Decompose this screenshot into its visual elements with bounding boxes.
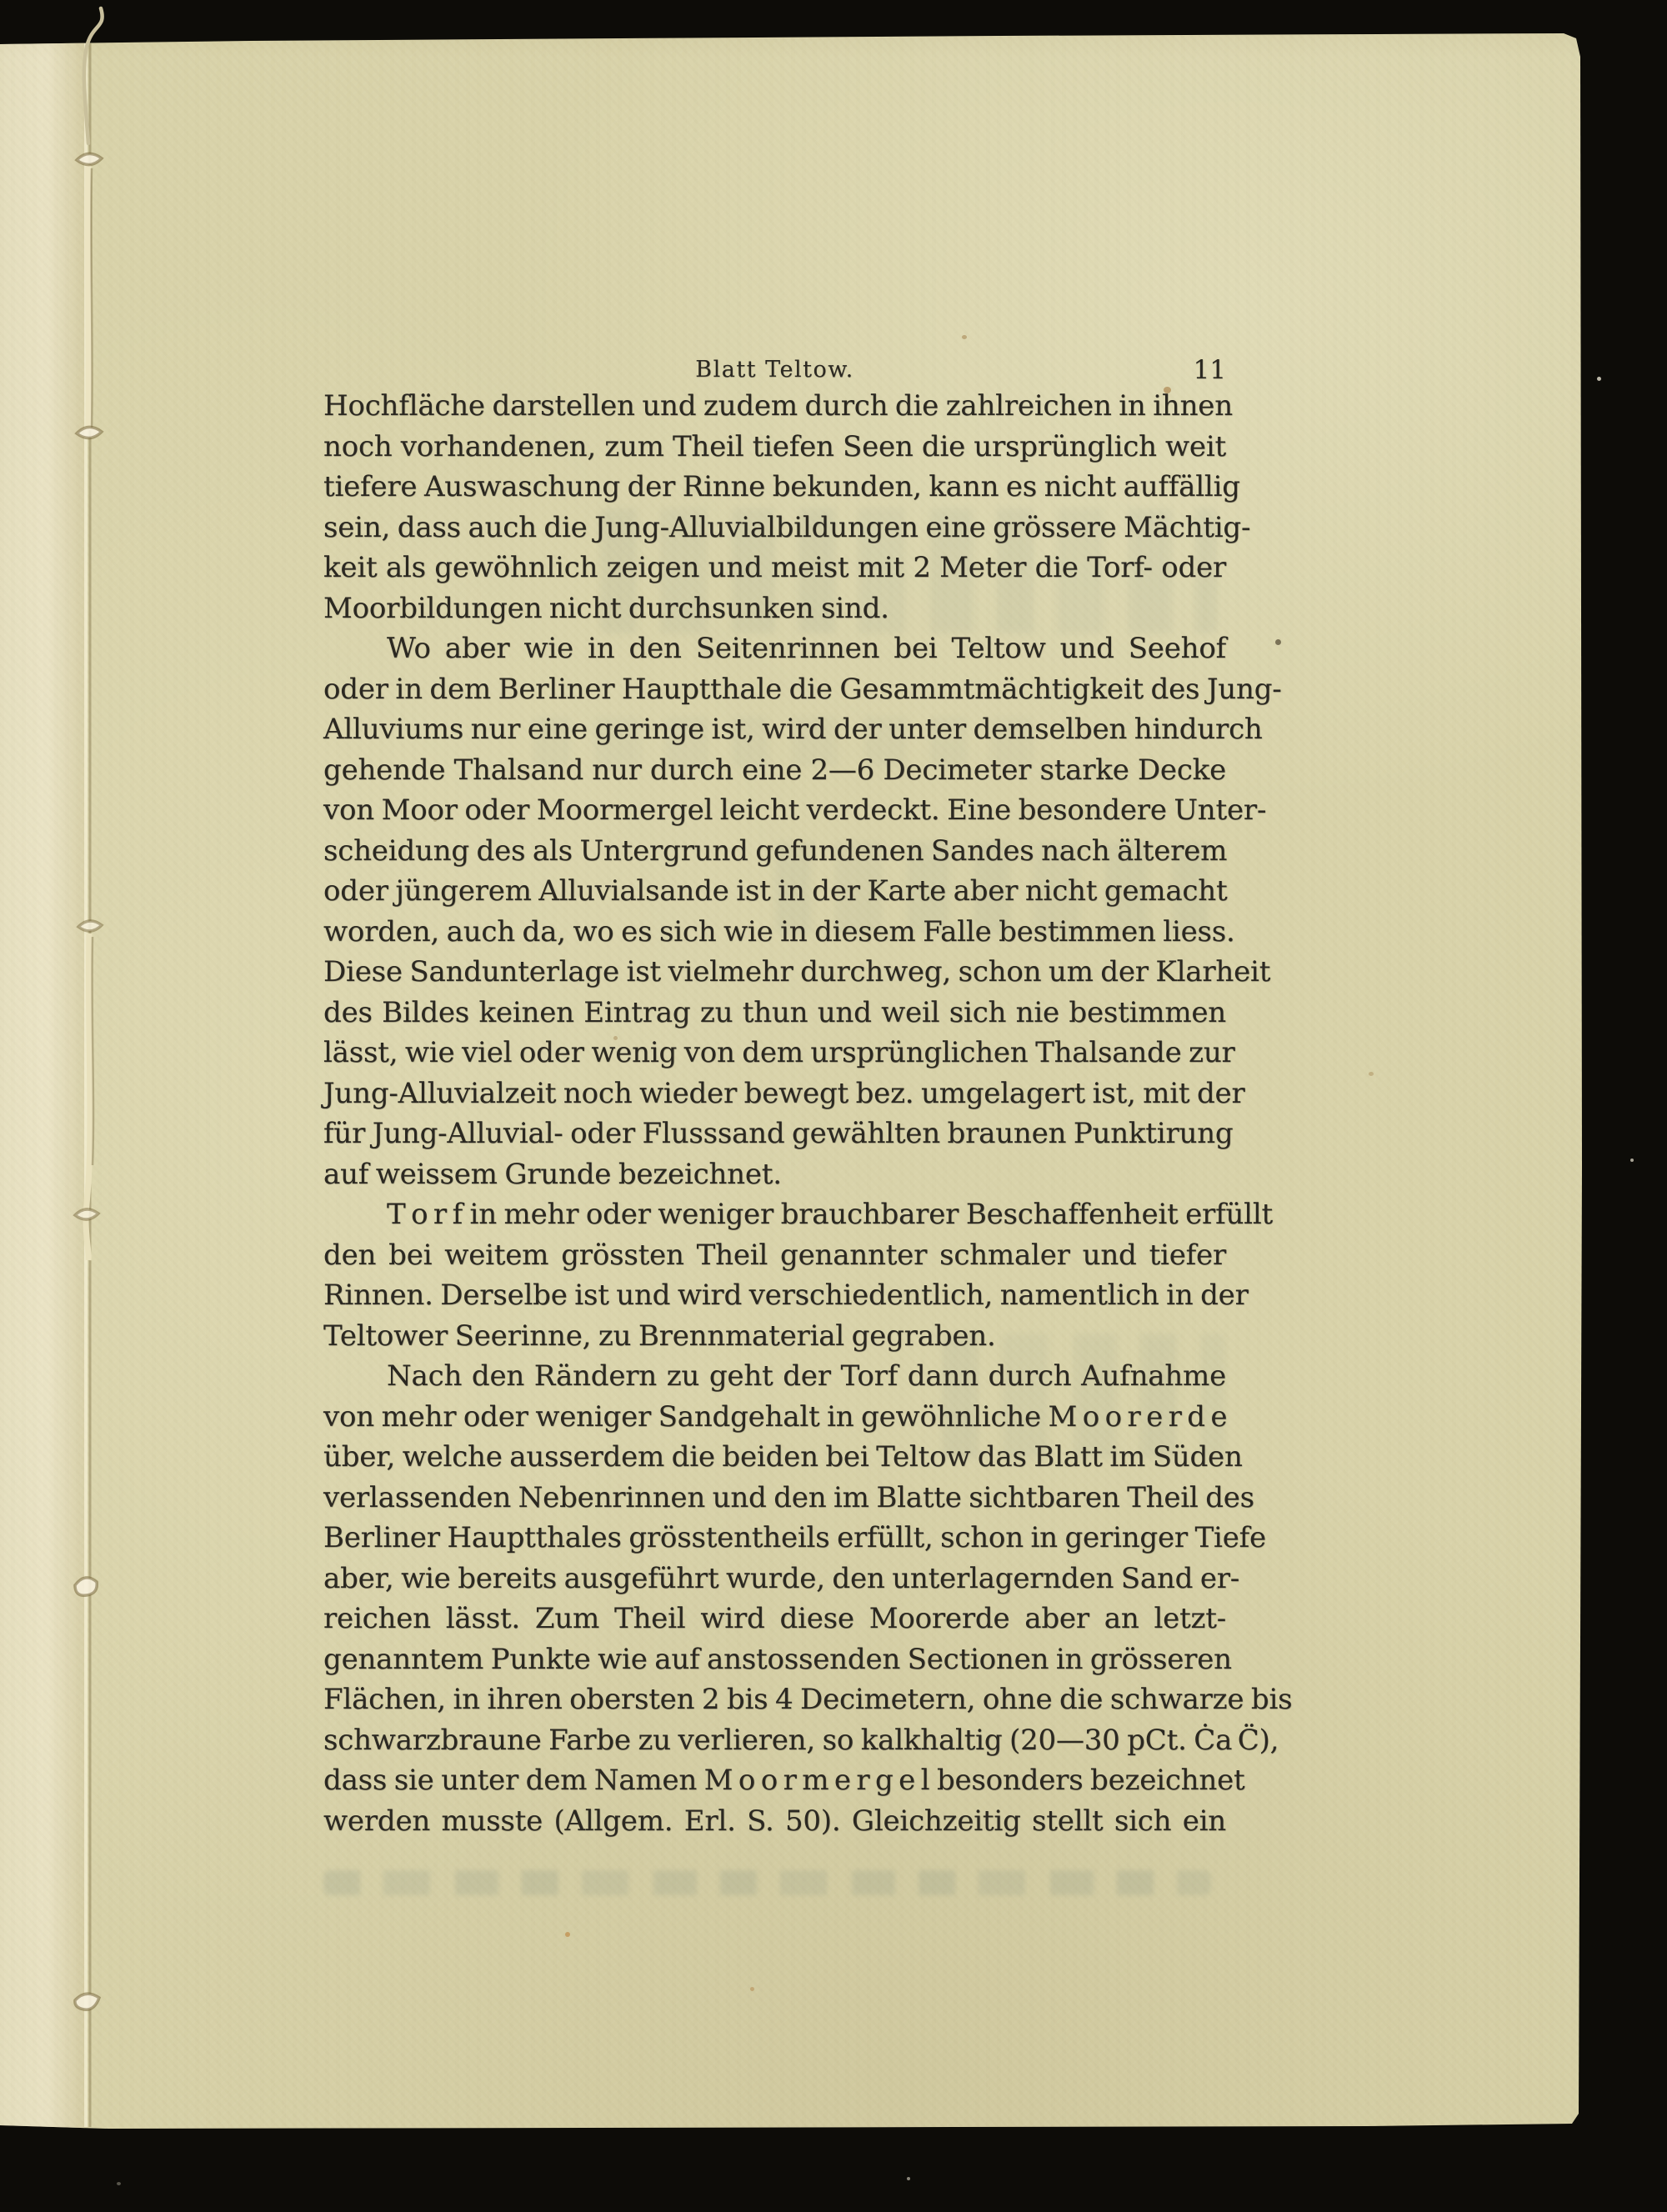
text-line: dass sie unter dem Namen M o o r m e r g…: [323, 1760, 1226, 1801]
page-header: Blatt Teltow. 11: [323, 353, 1226, 388]
text-line: den bei weitem grössten Theil genannter …: [323, 1235, 1226, 1276]
text-line: Rinnen. Derselbe ist und wird verschiede…: [323, 1275, 1226, 1316]
text-line: Wo aber wie in den Seitenrinnen bei Telt…: [323, 628, 1226, 669]
page-number: 11: [1194, 353, 1226, 387]
dust-speck: [1630, 1159, 1634, 1162]
text-line: des Bildes keinen Eintrag zu thun und we…: [323, 993, 1226, 1033]
text-line: Nach den Rändern zu geht der Torf dann d…: [323, 1356, 1226, 1397]
text-line: oder jüngerem Alluvialsande ist in der K…: [323, 871, 1226, 912]
text-line: auf weissem Grunde bezeichnet.: [323, 1154, 1226, 1195]
text-line: tiefere Auswaschung der Rinne bekunden, …: [323, 467, 1226, 508]
text-line: über, welche ausserdem die beiden bei Te…: [323, 1437, 1226, 1478]
text-line: von mehr oder weniger Sandgehalt in gewö…: [323, 1397, 1226, 1438]
paper-speck: [565, 1932, 570, 1937]
paper-speck: [1369, 1072, 1374, 1076]
text-line: genanntem Punkte wie auf anstossenden Se…: [323, 1639, 1226, 1680]
text-line: Jung-Alluvialzeit noch wieder bewegt bez…: [323, 1073, 1226, 1114]
text-line: Hochfläche darstellen und zudem durch di…: [323, 386, 1226, 427]
text-line: Alluviums nur eine geringe ist, wird der…: [323, 709, 1226, 750]
text-line: scheidung des als Untergrund gefundenen …: [323, 831, 1226, 872]
text-line: worden, auch da, wo es sich wie in diese…: [323, 912, 1226, 953]
text-line: Diese Sandunterlage ist vielmehr durchwe…: [323, 952, 1226, 993]
dust-speck: [907, 2177, 910, 2180]
ghost-text-patch: [323, 1870, 1211, 1895]
body-text: Hochfläche darstellen und zudem durch di…: [323, 386, 1226, 1841]
text-line: werden musste (Allgem. Erl. S. 50). Glei…: [323, 1801, 1226, 1842]
text-line: reichen lässt. Zum Theil wird diese Moor…: [323, 1599, 1226, 1639]
text-line: gehende Thalsand nur durch eine 2—6 Deci…: [323, 750, 1226, 791]
text-line: verlassenden Nebenrinnen und den im Blat…: [323, 1478, 1226, 1519]
text-line: oder in dem Berliner Hauptthale die Gesa…: [323, 669, 1226, 710]
spine-leaf: [0, 0, 85, 2212]
text-line: aber, wie bereits ausgeführt wurde, den …: [323, 1559, 1226, 1599]
text-line: Flächen, in ihren obersten 2 bis 4 Decim…: [323, 1679, 1226, 1720]
running-title: Blatt Teltow.: [323, 353, 1226, 387]
text-line: keit als gewöhnlich zeigen und meist mit…: [323, 548, 1226, 588]
dust-speck: [117, 2182, 121, 2185]
dust-speck: [1597, 377, 1601, 381]
text-line: für Jung-Alluvial- oder Flusssand gewähl…: [323, 1114, 1226, 1154]
text-line: Berliner Hauptthales grösstentheils erfü…: [323, 1518, 1226, 1559]
paper-speck: [962, 335, 967, 339]
text-line: noch vorhandenen, zum Theil tiefen Seen …: [323, 427, 1226, 468]
text-line: schwarzbraune Farbe zu verlieren, so kal…: [323, 1720, 1226, 1761]
text-line: lässt, wie viel oder wenig von dem urspr…: [323, 1033, 1226, 1073]
text-line: T o r f in mehr oder weniger brauchbarer…: [323, 1194, 1226, 1235]
paper-speck: [750, 1987, 754, 1991]
text-line: sein, dass auch die Jung-Alluvialbildung…: [323, 508, 1226, 548]
text-line: von Moor oder Moormergel leicht verdeckt…: [323, 790, 1226, 831]
text-line: Moorbildungen nicht durchsunken sind.: [323, 588, 1226, 629]
paper-speck: [1275, 639, 1281, 645]
text-line: Teltower Seerinne, zu Brennmaterial gegr…: [323, 1316, 1226, 1357]
scan-background: { "page": { "header": { "running_title":…: [0, 0, 1667, 2212]
book-page: Blatt Teltow. 11 Hochfläche darstellen u…: [0, 0, 1667, 2212]
